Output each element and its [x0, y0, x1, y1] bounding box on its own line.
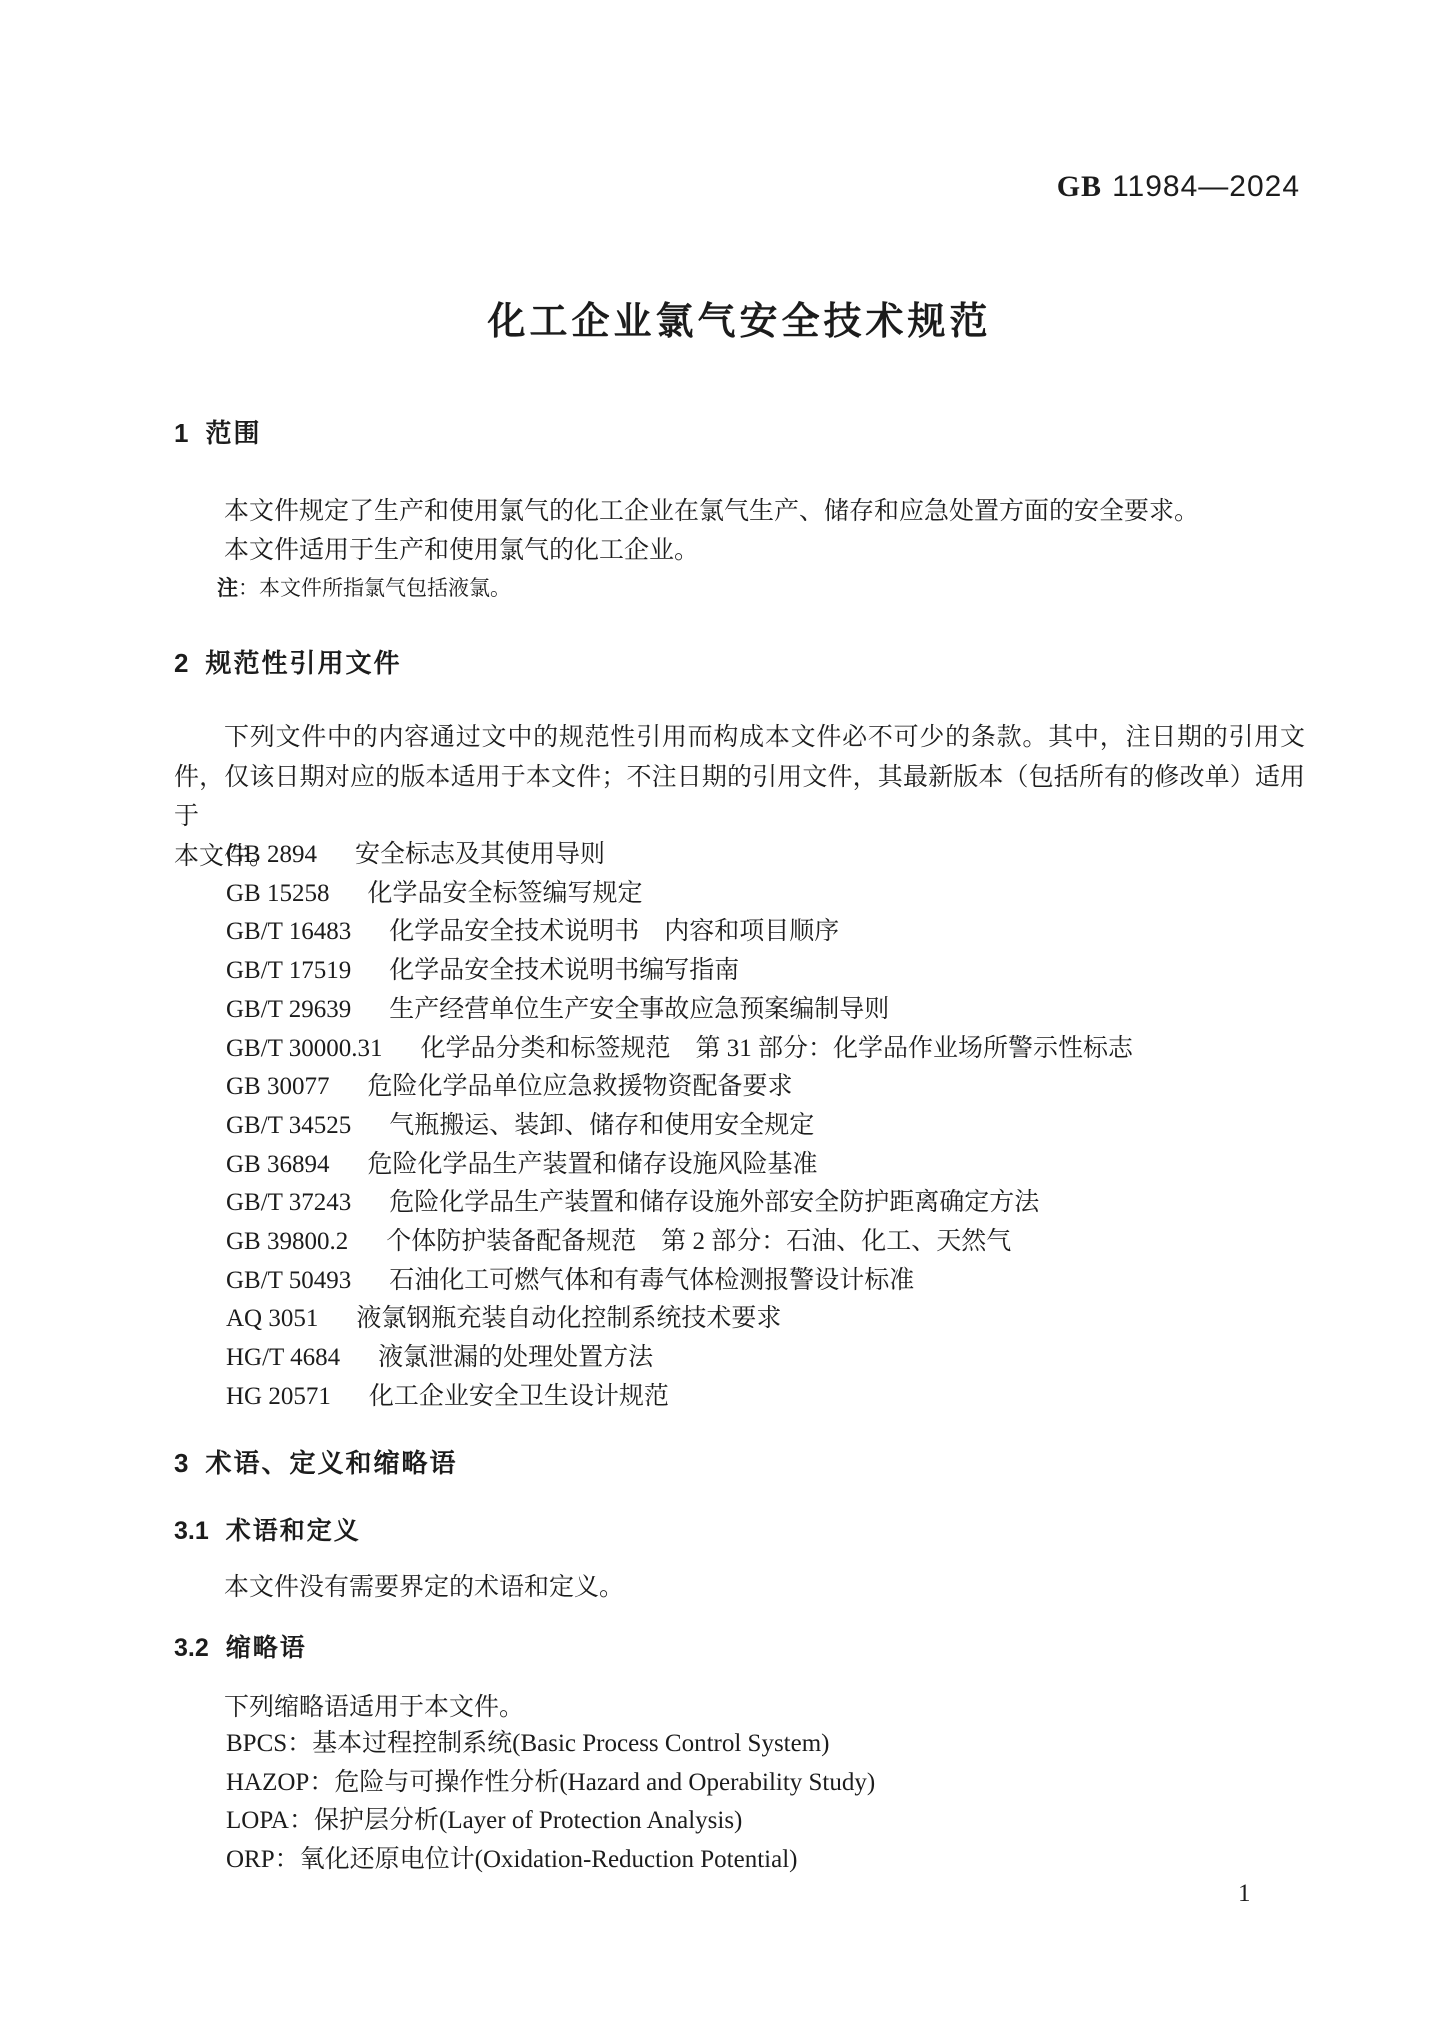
reference-title: 化工企业安全卫生设计规范 [369, 1383, 669, 1410]
reference-item: GB/T 16483化学品安全技术说明书 内容和项目顺序 [174, 913, 1305, 952]
abbreviation-list: BPCS：基本过程控制系统(Basic Process Control Syst… [174, 1725, 1305, 1880]
abbreviation-item: LOPA：保护层分析(Layer of Protection Analysis) [174, 1802, 1305, 1841]
reference-title: 化学品安全标签编写规定 [367, 880, 642, 907]
reference-title: 个体防护装备配备规范 第 2 部分：石油、化工、天然气 [386, 1228, 1011, 1255]
section-3-2-title: 缩略语 [226, 1634, 307, 1662]
reference-code: GB/T 29639 [226, 996, 351, 1023]
reference-item: GB/T 30000.31化学品分类和标签规范 第 31 部分：化学品作业场所警… [174, 1030, 1305, 1069]
reference-code: GB/T 37243 [226, 1189, 351, 1216]
section-3-2-number: 3.2 [174, 1628, 209, 1668]
reference-item: GB/T 34525气瓶搬运、装卸、储存和使用安全规定 [174, 1107, 1305, 1146]
page-number: 1 [1238, 1876, 1251, 1912]
reference-title: 化学品安全技术说明书编写指南 [389, 957, 739, 984]
section-1-heading: 1范围 [174, 413, 1305, 453]
reference-code: GB/T 17519 [226, 957, 351, 984]
references-intro-line: 件，仅该日期对应的版本适用于本文件；不注日期的引用文件，其最新版本（包括所有的修… [174, 758, 1305, 837]
reference-code: GB/T 34525 [226, 1112, 351, 1139]
reference-item: AQ 3051液氯钢瓶充装自动化控制系统技术要求 [174, 1300, 1305, 1339]
reference-item: GB 2894安全标志及其使用导则 [174, 836, 1305, 875]
section-1-number: 1 [174, 413, 188, 453]
reference-code: GB 36894 [226, 1151, 329, 1178]
reference-code: GB 15258 [226, 880, 329, 907]
reference-title: 液氯钢瓶充装自动化控制系统技术要求 [356, 1305, 781, 1332]
doc-number-prefix: GB [1057, 170, 1102, 203]
abbreviation-item: ORP：氧化还原电位计(Oxidation-Reduction Potentia… [174, 1841, 1305, 1880]
reference-item: GB 15258化学品安全标签编写规定 [174, 875, 1305, 914]
document-title: 化工企业氯气安全技术规范 [174, 295, 1305, 349]
reference-title: 危险化学品生产装置和储存设施外部安全防护距离确定方法 [389, 1189, 1039, 1216]
note-label: 注 [217, 577, 238, 600]
reference-title: 化学品安全技术说明书 内容和项目顺序 [389, 918, 839, 945]
reference-item: GB/T 37243危险化学品生产装置和储存设施外部安全防护距离确定方法 [174, 1184, 1305, 1223]
reference-title: 石油化工可燃气体和有毒气体检测报警设计标准 [389, 1267, 914, 1294]
reference-item: GB/T 50493石油化工可燃气体和有毒气体检测报警设计标准 [174, 1262, 1305, 1301]
reference-title: 危险化学品生产装置和储存设施风险基准 [367, 1151, 817, 1178]
section-3-number: 3 [174, 1443, 188, 1483]
section-3-1-title: 术语和定义 [226, 1517, 361, 1545]
reference-code: AQ 3051 [226, 1305, 318, 1332]
section-3-2-heading: 3.2缩略语 [174, 1628, 1305, 1668]
section-1-title: 范围 [205, 418, 261, 448]
section-3-heading: 3术语、定义和缩略语 [174, 1443, 1305, 1483]
section-2-number: 2 [174, 643, 188, 683]
terms-paragraph: 本文件没有需要界定的术语和定义。 [174, 1568, 1305, 1607]
reference-item: HG 20571化工企业安全卫生设计规范 [174, 1378, 1305, 1417]
reference-title: 液氯泄漏的处理处置方法 [378, 1344, 653, 1371]
reference-title: 生产经营单位生产安全事故应急预案编制导则 [389, 996, 889, 1023]
terms-body: 本文件没有需要界定的术语和定义。 [174, 1568, 1305, 1607]
reference-item: GB/T 17519化学品安全技术说明书编写指南 [174, 952, 1305, 991]
section-3-title: 术语、定义和缩略语 [205, 1448, 457, 1478]
reference-title: 化学品分类和标签规范 第 31 部分：化学品作业场所警示性标志 [421, 1035, 1134, 1062]
abbreviation-item: BPCS：基本过程控制系统(Basic Process Control Syst… [174, 1725, 1305, 1764]
scope-paragraph: 本文件规定了生产和使用氯气的化工企业在氯气生产、储存和应急处置方面的安全要求。 [174, 492, 1305, 531]
reference-title: 气瓶搬运、装卸、储存和使用安全规定 [389, 1112, 814, 1139]
section-3-1-number: 3.1 [174, 1511, 209, 1551]
reference-item: GB/T 29639生产经营单位生产安全事故应急预案编制导则 [174, 991, 1305, 1030]
reference-code: GB/T 16483 [226, 918, 351, 945]
scope-note: 注：本文件所指氯气包括液氯。 [217, 572, 511, 605]
reference-code: GB 2894 [226, 841, 317, 868]
reference-list: GB 2894安全标志及其使用导则 GB 15258化学品安全标签编写规定 GB… [174, 836, 1305, 1417]
reference-code: GB 30077 [226, 1073, 329, 1100]
note-text: ：本文件所指氯气包括液氯。 [238, 576, 511, 600]
section-2-title: 规范性引用文件 [205, 648, 401, 678]
reference-code: GB/T 30000.31 [226, 1035, 383, 1062]
reference-code: HG/T 4684 [226, 1344, 340, 1371]
doc-number: GB11984—2024 [174, 168, 1300, 211]
reference-title: 安全标志及其使用导则 [355, 841, 605, 868]
reference-code: GB 39800.2 [226, 1228, 348, 1255]
standard-document-page: GB11984—2024 化工企业氯气安全技术规范 1范围 本文件规定了生产和使… [0, 0, 1445, 2044]
reference-item: GB 36894危险化学品生产装置和储存设施风险基准 [174, 1146, 1305, 1185]
references-intro-line: 下列文件中的内容通过文中的规范性引用而构成本文件必不可少的条款。其中，注日期的引… [174, 718, 1305, 758]
reference-title: 危险化学品单位应急救援物资配备要求 [367, 1073, 792, 1100]
reference-item: GB 39800.2个体防护装备配备规范 第 2 部分：石油、化工、天然气 [174, 1223, 1305, 1262]
reference-item: GB 30077危险化学品单位应急救援物资配备要求 [174, 1068, 1305, 1107]
reference-code: HG 20571 [226, 1383, 331, 1410]
section-3-1-heading: 3.1术语和定义 [174, 1511, 1305, 1551]
section-2-heading: 2规范性引用文件 [174, 643, 1305, 683]
scope-paragraph: 本文件适用于生产和使用氯气的化工企业。 [174, 531, 1305, 570]
abbreviations-intro-line: 下列缩略语适用于本文件。 [174, 1688, 1305, 1727]
doc-number-value: 11984—2024 [1112, 170, 1300, 203]
reference-code: GB/T 50493 [226, 1267, 351, 1294]
abbreviation-item: HAZOP：危险与可操作性分析(Hazard and Operability S… [174, 1764, 1305, 1803]
abbreviations-intro: 下列缩略语适用于本文件。 [174, 1688, 1305, 1727]
reference-item: HG/T 4684液氯泄漏的处理处置方法 [174, 1339, 1305, 1378]
scope-paragraphs: 本文件规定了生产和使用氯气的化工企业在氯气生产、储存和应急处置方面的安全要求。本… [174, 492, 1305, 570]
